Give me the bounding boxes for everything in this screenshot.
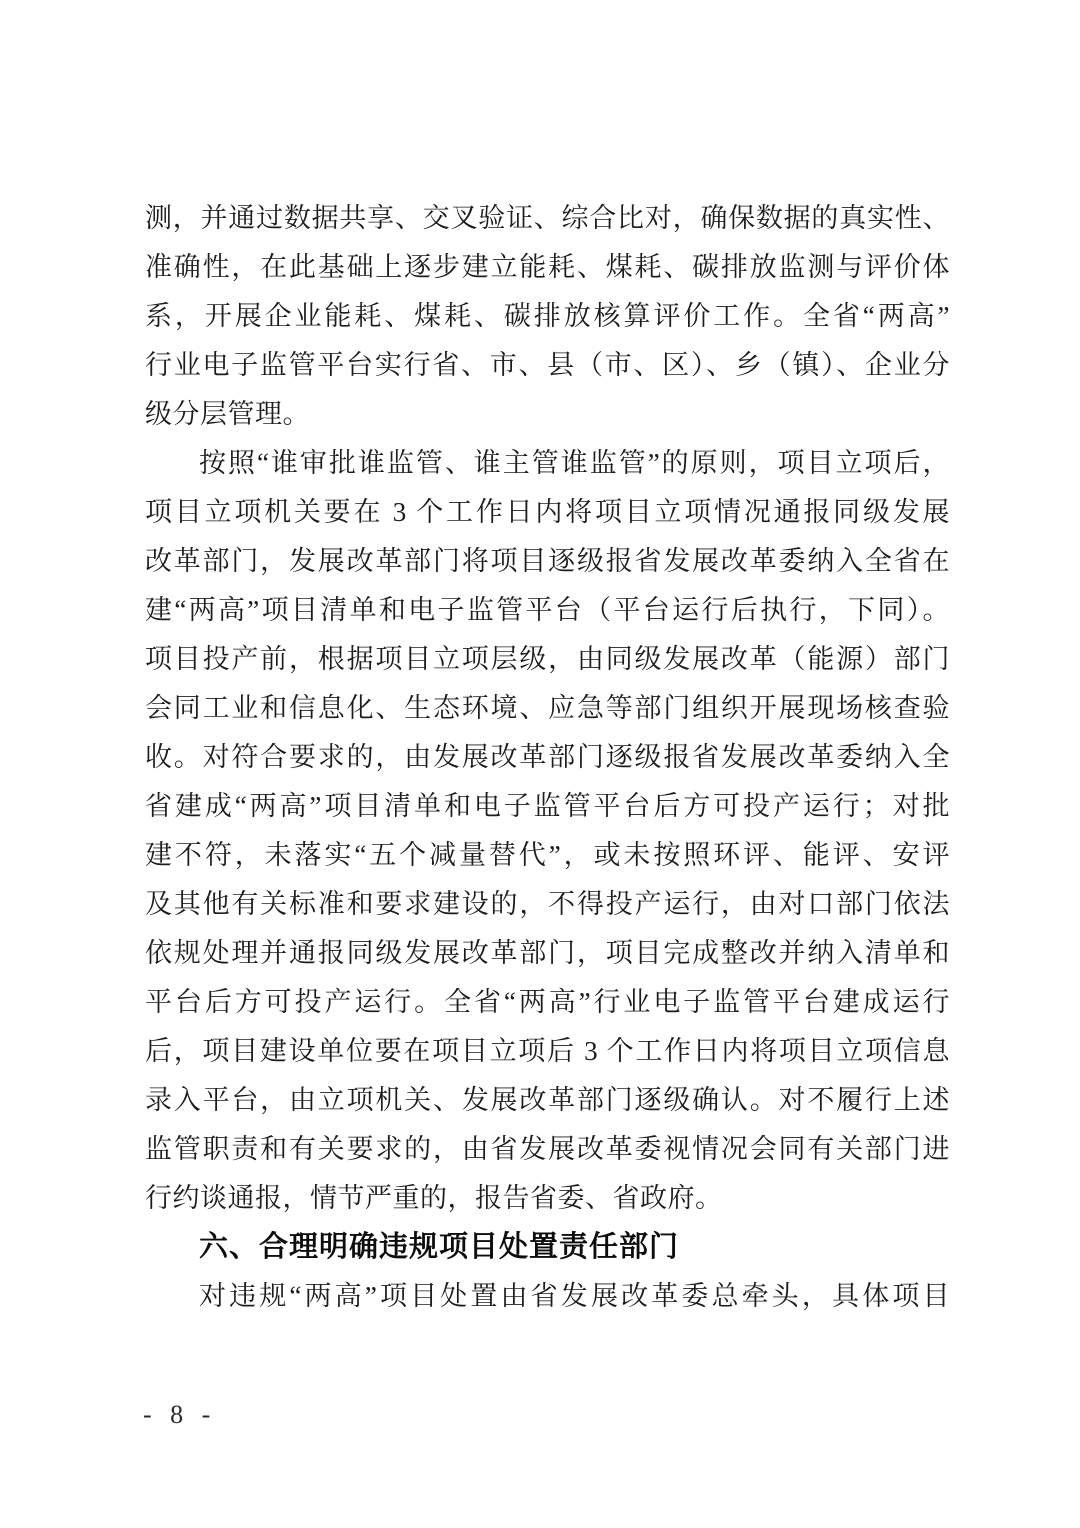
- body-text-line: 及其他有关标准和要求建设的，不得投产运行，由对口部门依法: [145, 880, 950, 929]
- body-text-line: 平台后方可投产运行。全省“两高”行业电子监管平台建成运行: [145, 978, 950, 1027]
- body-text-line: 建不符，未落实“五个减量替代”，或未按照环评、能评、安评: [145, 831, 950, 880]
- body-text-line: 改革部门，发展改革部门将项目逐级报省发展改革委纳入全省在: [145, 537, 950, 586]
- body-text-line: 项目立项机关要在 3 个工作日内将项目立项情况通报同级发展: [145, 488, 950, 537]
- body-text-line: 监管职责和有关要求的，由省发展改革委视情况会同有关部门进: [145, 1125, 950, 1174]
- body-text-line: 级分层管理。: [145, 390, 950, 439]
- body-text-line: 录入平台，由立项机关、发展改革部门逐级确认。对不履行上述: [145, 1076, 950, 1125]
- body-text-line: 省建成“两高”项目清单和电子监管平台后方可投产运行；对批: [145, 782, 950, 831]
- body-text-line: 行业电子监管平台实行省、市、县（市、区）、乡（镇）、企业分: [145, 341, 950, 390]
- body-text-line: 依规处理并通报同级发展改革部门，项目完成整改并纳入清单和: [145, 929, 950, 978]
- body-text-line: 会同工业和信息化、生态环境、应急等部门组织开展现场核查验: [145, 684, 950, 733]
- body-text-line: 项目投产前，根据项目立项层级，由同级发展改革（能源）部门: [145, 635, 950, 684]
- document-page: 测，并通过数据共享、交叉验证、综合比对，确保数据的真实性、准确性，在此基础上逐步…: [0, 0, 1080, 1528]
- body-text-line: 建“两高”项目清单和电子监管平台（平台运行后执行，下同）。: [145, 586, 950, 635]
- body-text-line: 测，并通过数据共享、交叉验证、综合比对，确保数据的真实性、: [145, 194, 950, 243]
- document-body: 测，并通过数据共享、交叉验证、综合比对，确保数据的真实性、准确性，在此基础上逐步…: [145, 194, 950, 1321]
- body-text-line: 准确性，在此基础上逐步建立能耗、煤耗、碳排放监测与评价体: [145, 243, 950, 292]
- body-text-line: 收。对符合要求的，由发展改革部门逐级报省发展改革委纳入全: [145, 733, 950, 782]
- body-text-line: 对违规“两高”项目处置由省发展改革委总牵头，具体项目: [145, 1272, 950, 1321]
- body-text-line: 系，开展企业能耗、煤耗、碳排放核算评价工作。全省“两高”: [145, 292, 950, 341]
- section-heading: 六、合理明确违规项目处置责任部门: [145, 1223, 950, 1272]
- body-text-line: 行约谈通报，情节严重的，报告省委、省政府。: [145, 1174, 950, 1223]
- page-number: - 8 -: [143, 1398, 216, 1432]
- body-text-line: 按照“谁审批谁监管、谁主管谁监管”的原则，项目立项后，: [145, 439, 950, 488]
- body-text-line: 后，项目建设单位要在项目立项后 3 个工作日内将项目立项信息: [145, 1027, 950, 1076]
